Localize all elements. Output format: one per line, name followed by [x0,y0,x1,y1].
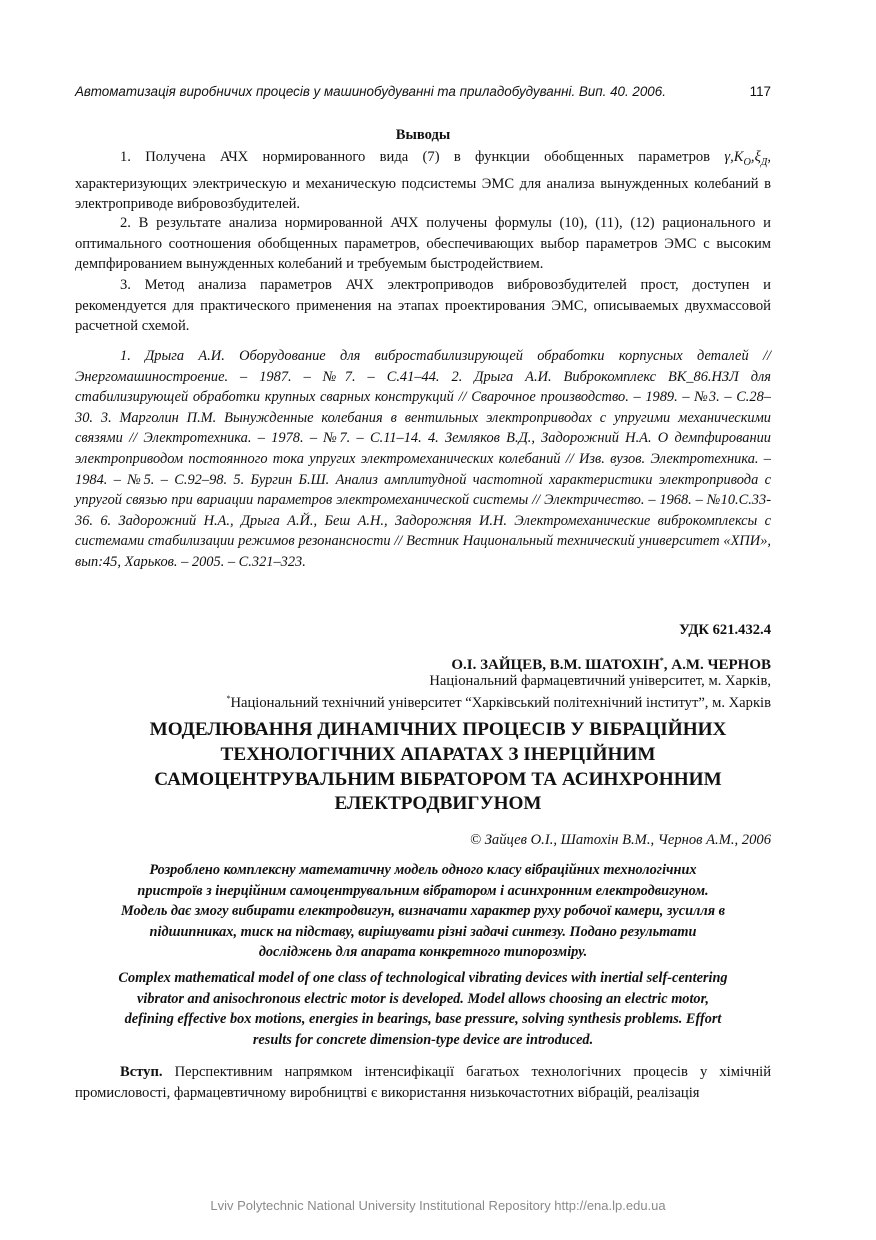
introduction-paragraph: Вступ. Перспективним напрямком інтенсифі… [75,1062,771,1103]
abstract-ukrainian: Розроблено комплексну математичну модель… [75,860,771,963]
running-header: Автоматизація виробничих процесів у маши… [75,84,771,99]
repository-footer: Lviv Polytechnic National University Ins… [0,1198,876,1213]
document-page: Автоматизація виробничих процесів у маши… [0,0,876,1240]
affiliation-2: *Національний технічний університет “Хар… [75,689,771,713]
copyright: © Зайцев О.І., Шатохін В.М., Чернов А.М.… [75,830,771,851]
generalized-parameters-formula: γ,KO,ξД [724,149,767,165]
journal-title: Автоматизація виробничих процесів у маши… [75,84,666,99]
page-number: 117 [750,84,771,99]
conclusion-item-1-text: 1. Получена АЧХ нормированного вида (7) … [120,149,724,165]
article-title: МОДЕЛЮВАННЯ ДИНАМІЧНИХ ПРОЦЕСІВ У ВІБРАЦ… [100,718,776,817]
conclusion-item-3: 3. Метод анализа параметров АЧХ электроп… [75,275,771,337]
abstract-english: Complex mathematical model of one class … [75,968,771,1050]
references-list: 1. Дрыга А.И. Оборудование для вибростаб… [75,346,771,573]
introduction-text: Перспективним напрямком інтенсифікації б… [75,1064,771,1101]
udk-code: УДК 621.432.4 [75,620,771,641]
conclusion-item-1: 1. Получена АЧХ нормированного вида (7) … [75,147,771,215]
conclusion-item-2: 2. В результате анализа нормированной АЧ… [75,213,771,275]
conclusions-heading: Выводы [75,125,771,146]
introduction-label: Вступ. [120,1064,163,1080]
